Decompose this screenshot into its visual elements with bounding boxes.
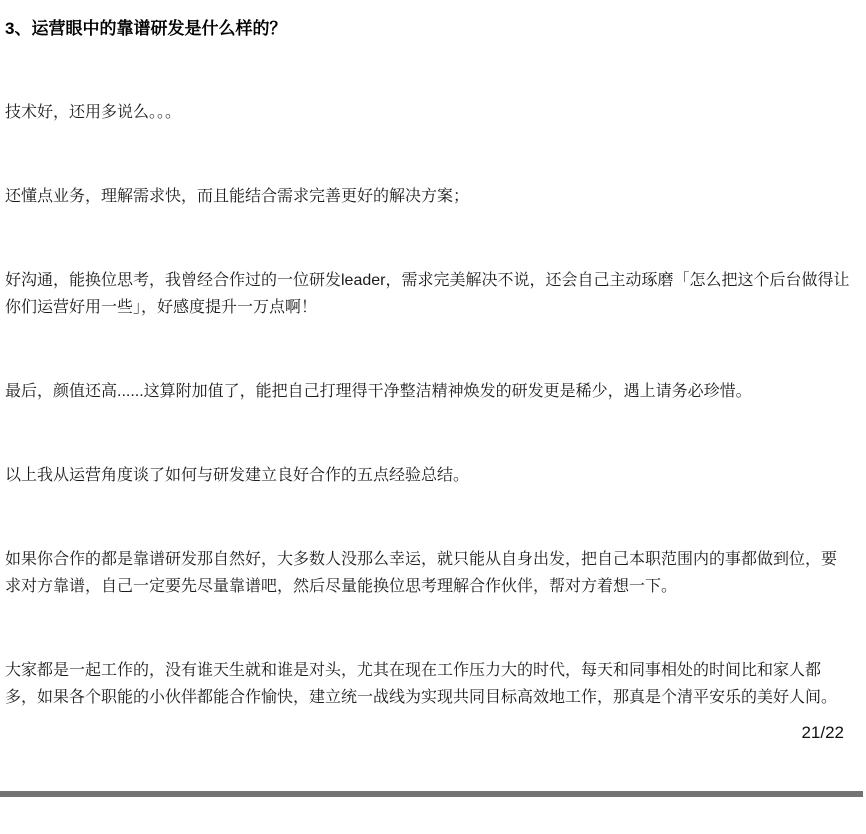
paragraph: 如果你合作的都是靠谱研发那自然好，大多数人没那么幸运，就只能从自身出发，把自己本…: [5, 546, 850, 600]
paragraph: 技术好，还用多说么。。。: [5, 99, 850, 126]
paragraph: 大家都是一起工作的，没有谁天生就和谁是对头，尤其在现在工作压力大的时代，每天和同…: [5, 657, 850, 711]
document-viewer: 3、运营眼中的靠谱研发是什么样的？ 技术好，还用多说么。。。 还懂点业务，理解需…: [0, 0, 866, 834]
paragraph: 好沟通，能换位思考，我曾经合作过的一位研发leader，需求完美解决不说，还会自…: [5, 267, 850, 321]
section-heading: 3、运营眼中的靠谱研发是什么样的？: [5, 15, 850, 42]
paragraph: 以上我从运营角度谈了如何与研发建立良好合作的五点经验总结。: [5, 462, 850, 489]
page-number: 21/22: [5, 719, 850, 746]
document-page: 3、运营眼中的靠谱研发是什么样的？ 技术好，还用多说么。。。 还懂点业务，理解需…: [0, 0, 866, 746]
paragraph: 还懂点业务，理解需求快，而且能结合需求完善更好的解决方案；: [5, 183, 850, 210]
horizontal-scrollbar[interactable]: [0, 791, 863, 797]
paragraph: 最后，颜值还高......这算附加值了，能把自己打理得干净整洁精神焕发的研发更是…: [5, 378, 850, 405]
